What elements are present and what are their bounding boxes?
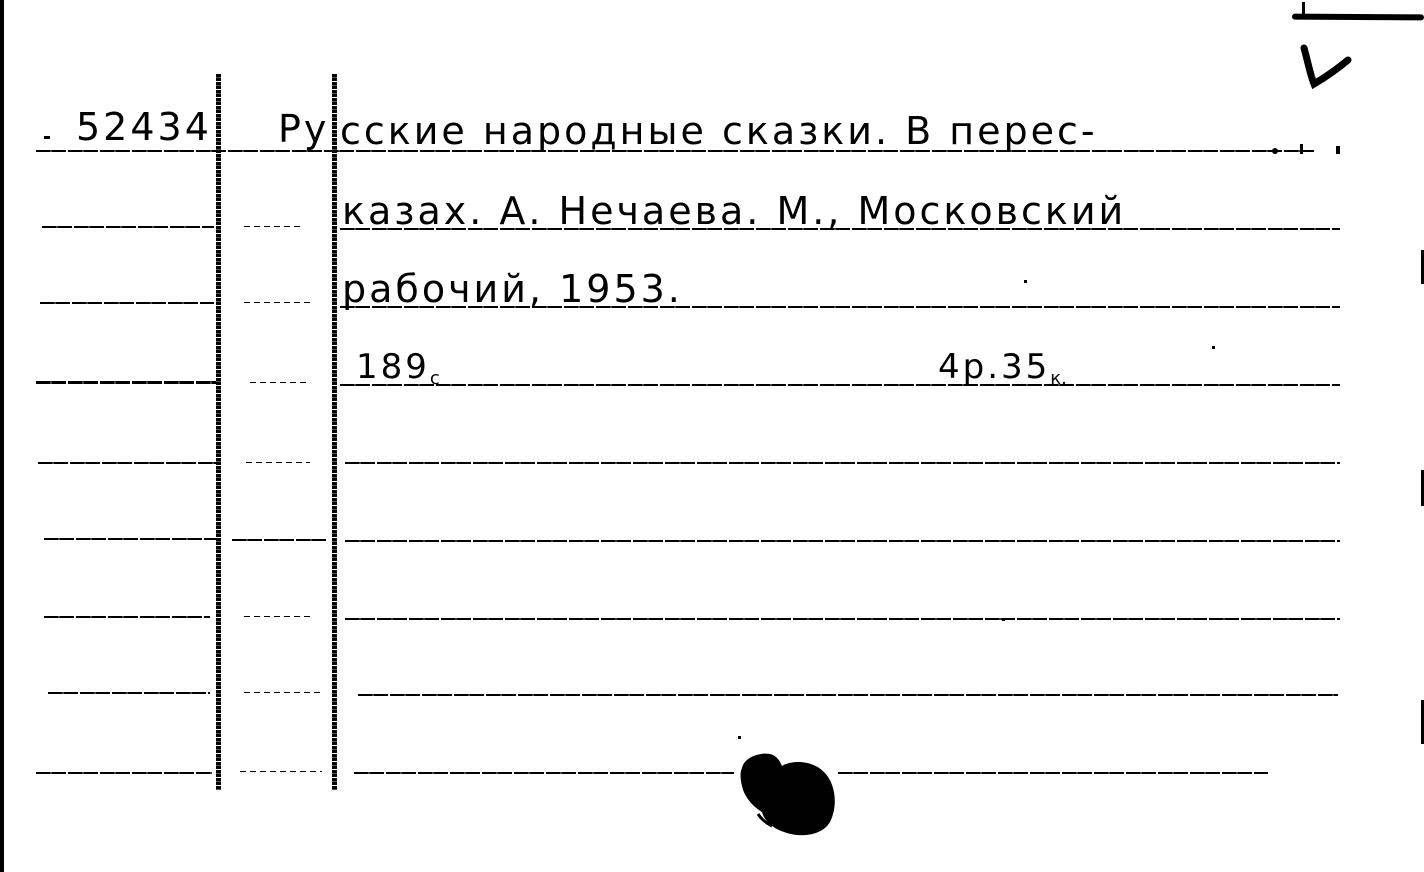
ruled-line-8-left	[48, 692, 210, 694]
column-rule-2	[332, 74, 337, 790]
check-mark-icon	[1296, 40, 1356, 94]
ink-blot	[736, 752, 840, 838]
ruled-line-4-right	[340, 384, 1340, 386]
page-count-number: 189	[356, 347, 430, 387]
ruled-line-4-mid	[250, 382, 310, 383]
scan-speck	[1024, 280, 1027, 283]
title-line-2: казах. А. Нечаева. М., Московский	[342, 192, 1126, 230]
ruled-line-3-left	[40, 302, 214, 304]
price: 4р.35к.	[938, 350, 1067, 388]
scan-speck	[1336, 146, 1340, 154]
ruled-line-8-mid	[244, 692, 320, 693]
ruled-line-2-left	[42, 226, 214, 228]
page-count-suffix: с	[430, 368, 440, 389]
ruled-line-5-left	[38, 462, 216, 464]
price-suffix: к.	[1050, 368, 1067, 389]
ruled-line-9-mid	[240, 771, 322, 772]
scan-speck	[1300, 144, 1303, 154]
ruled-line-7-left	[44, 616, 210, 618]
ruled-line-3-mid	[244, 302, 314, 303]
page-count: 189с	[356, 350, 440, 388]
ruled-line-2-mid	[244, 226, 304, 227]
ruled-line-5-mid	[246, 462, 310, 463]
publisher-year-line: рабочий, 1953.	[342, 270, 683, 308]
ruled-line-8-right	[358, 694, 1338, 696]
scan-speck	[1002, 618, 1005, 621]
scan-speck	[738, 736, 741, 739]
ruled-line-9-right-a	[354, 772, 734, 774]
ruled-line-5-right	[345, 462, 1340, 464]
inventory-number: 52434	[76, 108, 212, 146]
title-start: Ру	[278, 110, 329, 148]
ruled-line-6-left	[44, 538, 216, 540]
scan-edge-left	[0, 0, 4, 872]
scan-speck	[1272, 148, 1278, 154]
top-right-pen-stroke	[1292, 14, 1424, 21]
title-line-1: сские народные сказки. В перес-	[340, 112, 1098, 150]
ruled-line-9-left	[36, 772, 212, 774]
scan-speck	[44, 136, 50, 139]
scan-speck	[1212, 346, 1215, 349]
ruled-line-9-right-b	[838, 772, 1268, 774]
catalog-card: 52434 Ру сские народные сказки. В перес-…	[0, 0, 1424, 872]
column-rule-1	[216, 74, 221, 790]
ruled-line-6-mid	[232, 539, 326, 541]
ruled-line-7-mid	[244, 616, 314, 617]
ruled-line-7-right	[345, 618, 1340, 620]
top-right-pen-stroke-tick	[1302, 2, 1305, 16]
ruled-line-4-left	[36, 381, 216, 384]
ruled-line-6-right	[345, 540, 1340, 542]
price-value: 4р.35	[938, 347, 1050, 387]
